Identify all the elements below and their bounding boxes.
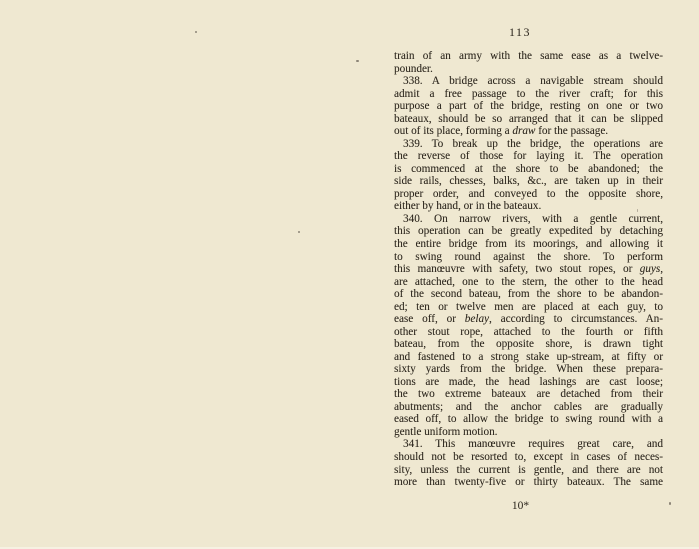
text-line: gentle uniform motion. (394, 426, 663, 439)
text-line: bateau, from the opposite shore, is draw… (394, 338, 663, 351)
text-line: side rails, chesses, balks, &c., are tak… (394, 175, 663, 188)
text-line: proper order, and conveyed to the opposi… (394, 188, 663, 201)
text-line: bateaux, should be so arranged that it c… (394, 113, 663, 126)
text-line: and fastened to a strong stake up-stream… (394, 351, 663, 364)
text-line: abutments; and the anchor cables are gra… (394, 401, 663, 414)
text-line: should not be resorted to, except in cas… (394, 451, 663, 464)
text-line: pounder. (394, 63, 663, 76)
text-line: train of an army with the same ease as a… (394, 50, 663, 63)
text-line: other stout rope, attached to the fourth… (394, 326, 663, 339)
text-line: more than twenty-five or thirty bateaux.… (394, 476, 663, 489)
signature-mark: 10* (394, 500, 647, 512)
text-line: 338. A bridge across a navigable stream … (394, 75, 663, 88)
text-line: eased off, to allow the bridge to swing … (394, 413, 663, 426)
text-line: ease off, or belay, according to circums… (394, 313, 663, 326)
text-line: to swing round against the shore. To per… (394, 251, 663, 264)
text-line: sity, unless the current is gentle, and … (394, 464, 663, 477)
text-line: the reverse of those for laying it. The … (394, 150, 663, 163)
text-line: tions are made, the head lashings are ca… (394, 376, 663, 389)
scan-speck (637, 209, 638, 212)
text-line: out of its place, forming a draw for the… (394, 125, 663, 138)
text-line: the two extreme bateaux are detached fro… (394, 388, 663, 401)
text-line: purpose a part of the bridge, resting on… (394, 100, 663, 113)
text-line: this manœuvre with safety, two stout rop… (394, 263, 663, 276)
page-number: 113 (394, 25, 646, 40)
text-line: the entire bridge from its moorings, and… (394, 238, 663, 251)
text-line: 341. This manœuvre requires great care, … (394, 438, 663, 451)
text-line: of the second bateau, from the shore to … (394, 288, 663, 301)
text-line: this operation can be greatly expedited … (394, 225, 663, 238)
text-line: admit a free passage to the river craft;… (394, 88, 663, 101)
text-line: is commenced at the shore to be abandone… (394, 163, 663, 176)
scan-speck (195, 31, 197, 33)
scan-speck (298, 231, 300, 233)
text-line: 340. On narrow rivers, with a gentle cur… (394, 213, 663, 226)
text-line: are attached, one to the stern, the othe… (394, 276, 663, 289)
book-page: 113 train of an army with the same ease … (0, 0, 699, 549)
scan-speck (669, 502, 671, 505)
text-line: either by hand, or in the bateaux. (394, 200, 663, 213)
text-line: ed; ten or twelve men are placed at each… (394, 301, 663, 314)
scan-speck (356, 60, 359, 62)
text-line: 339. To break up the bridge, the operati… (394, 138, 663, 151)
text-line: sixty yards from the bridge. When these … (394, 363, 663, 376)
text-block: train of an army with the same ease as a… (394, 50, 663, 489)
